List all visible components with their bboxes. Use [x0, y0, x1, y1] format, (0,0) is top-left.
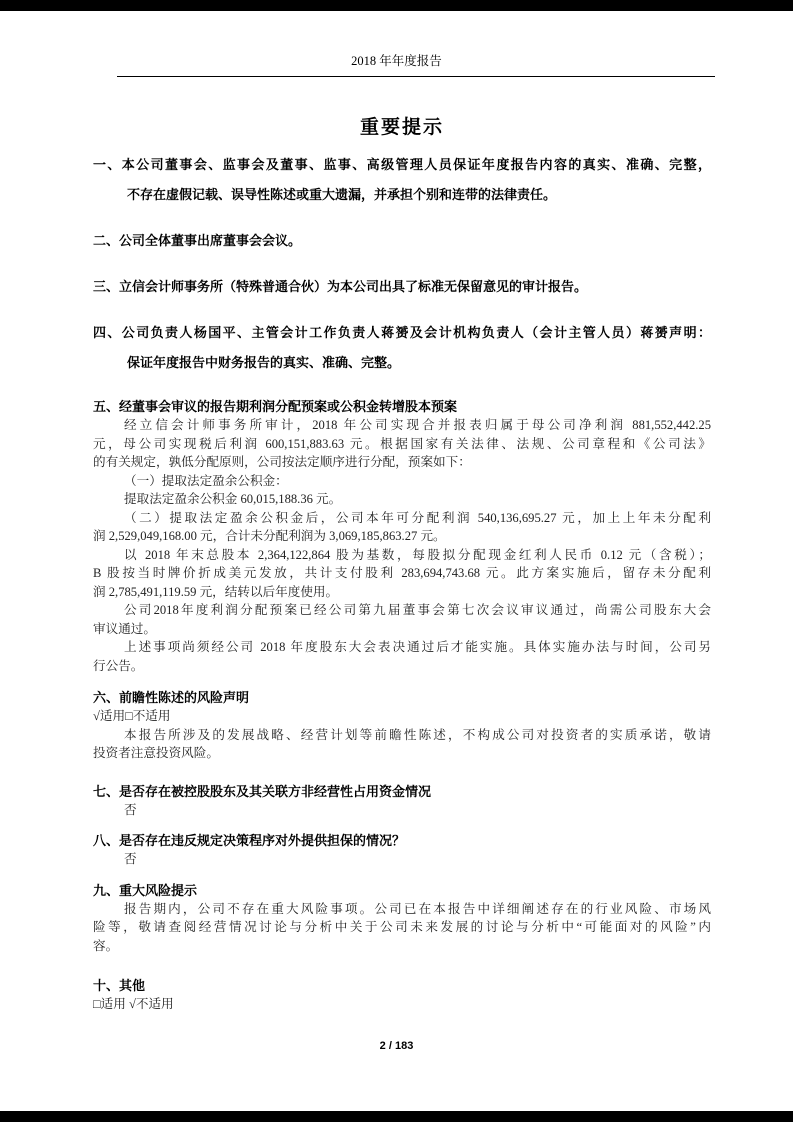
- section-4: 四、公司负责人杨国平、主管会计工作负责人蒋赟及会计机构负责人（会计主管人员）蒋赟…: [93, 323, 711, 372]
- body-line: 提取法定盈余公积金 60,015,188.36 元。: [93, 490, 711, 509]
- page-title: 重要提示: [93, 114, 711, 142]
- body-line: 润 2,785,491,119.59 元，结转以后年度使用。: [93, 583, 711, 602]
- body-line: 经立信会计师事务所审计，2018 年公司实现合并报表归属于母公司净利润 881,…: [93, 416, 711, 435]
- section-3-heading: 三、立信会计师事务所（特殊普通合伙）为本公司出具了标准无保留意见的审计报告。: [93, 277, 711, 296]
- section-6: 六、前瞻性陈述的风险声明 √适用□不适用 本报告所涉及的发展战略、经营计划等前瞻…: [93, 688, 711, 763]
- section-9: 九、重大风险提示 报告期内，公司不存在重大风险事项。公司已在本报告中详细阐述存在…: [93, 881, 711, 956]
- section-1-heading: 一、本公司董事会、监事会及董事、监事、高级管理人员保证年度报告内容的真实、准确、…: [93, 155, 711, 174]
- body-line: 公司2018年度利润分配预案已经公司第九届董事会第七次会议审议通过，尚需公司股东…: [93, 601, 711, 620]
- section-4-heading: 四、公司负责人杨国平、主管会计工作负责人蒋赟及会计机构负责人（会计主管人员）蒋赟…: [93, 323, 711, 342]
- applicability-line: √适用□不适用: [93, 707, 711, 726]
- bottom-black-bar: [0, 1111, 793, 1122]
- section-4-heading-line2: 保证年度报告中财务报告的真实、准确、完整。: [93, 353, 711, 372]
- body-line: 行公告。: [93, 657, 711, 676]
- document-content: 重要提示 一、本公司董事会、监事会及董事、监事、高级管理人员保证年度报告内容的真…: [93, 0, 711, 1014]
- section-1: 一、本公司董事会、监事会及董事、监事、高级管理人员保证年度报告内容的真实、准确、…: [93, 155, 711, 204]
- section-2-heading: 二、公司全体董事出席董事会会议。: [93, 231, 711, 250]
- body-line: 审议通过。: [93, 620, 711, 639]
- body-line: 上述事项尚须经公司 2018 年度股东大会表决通过后才能实施。具体实施办法与时间…: [93, 638, 711, 657]
- page-number: 2 / 183: [0, 1039, 793, 1054]
- body-line: B 股按当时牌价折成美元发放，共计支付股利 283,694,743.68 元。此…: [93, 564, 711, 583]
- section-8: 八、是否存在违反规定决策程序对外提供担保的情况？ 否: [93, 831, 711, 869]
- answer-line: 否: [93, 850, 711, 869]
- answer-line: 否: [93, 801, 711, 820]
- body-line: 的有关规定，孰低分配原则，公司按法定顺序进行分配，预案如下：: [93, 453, 711, 472]
- section-7: 七、是否存在被控股股东及其关联方非经营性占用资金情况 否: [93, 782, 711, 820]
- section-3: 三、立信会计师事务所（特殊普通合伙）为本公司出具了标准无保留意见的审计报告。: [93, 277, 711, 296]
- body-line: 报告期内，公司不存在重大风险事项。公司已在本报告中详细阐述存在的行业风险、市场风: [93, 900, 711, 919]
- body-line: 本报告所涉及的发展战略、经营计划等前瞻性陈述，不构成公司对投资者的实质承诺，敬请: [93, 726, 711, 745]
- body-line: 容。: [93, 937, 711, 956]
- body-line: （一）提取法定盈余公积金：: [93, 472, 711, 491]
- body-line: 投资者注意投资风险。: [93, 744, 711, 763]
- section-10-heading: 十、其他: [93, 976, 711, 995]
- section-8-heading: 八、是否存在违反规定决策程序对外提供担保的情况？: [93, 831, 711, 850]
- body-line: 元，母公司实现税后利润 600,151,883.63 元。根据国家有关法律、法规…: [93, 435, 711, 454]
- section-5: 五、经董事会审议的报告期利润分配预案或公积金转增股本预案 经立信会计师事务所审计…: [93, 397, 711, 675]
- section-7-heading: 七、是否存在被控股股东及其关联方非经营性占用资金情况: [93, 782, 711, 801]
- section-1-heading-line2: 不存在虚假记载、误导性陈述或重大遗漏，并承担个别和连带的法律责任。: [93, 185, 711, 204]
- body-line: 险等，敬请查阅经营情况讨论与分析中关于公司未来发展的讨论与分析中“可能面对的风险…: [93, 918, 711, 937]
- report-page: 2018 年年度报告 重要提示 一、本公司董事会、监事会及董事、监事、高级管理人…: [0, 0, 793, 1122]
- section-6-heading: 六、前瞻性陈述的风险声明: [93, 688, 711, 707]
- section-2: 二、公司全体董事出席董事会会议。: [93, 231, 711, 250]
- body-line: 以 2018 年末总股本 2,364,122,864 股为基数，每股拟分配现金红…: [93, 546, 711, 565]
- body-line: （二）提取法定盈余公积金后，公司本年可分配利润 540,136,695.27 元…: [93, 509, 711, 528]
- section-5-heading: 五、经董事会审议的报告期利润分配预案或公积金转增股本预案: [93, 397, 711, 416]
- section-10: 十、其他 □适用 √不适用: [93, 976, 711, 1014]
- body-line: 润 2,529,049,168.00 元，合计未分配利润为 3,069,185,…: [93, 527, 711, 546]
- section-9-heading: 九、重大风险提示: [93, 881, 711, 900]
- applicability-line: □适用 √不适用: [93, 995, 711, 1014]
